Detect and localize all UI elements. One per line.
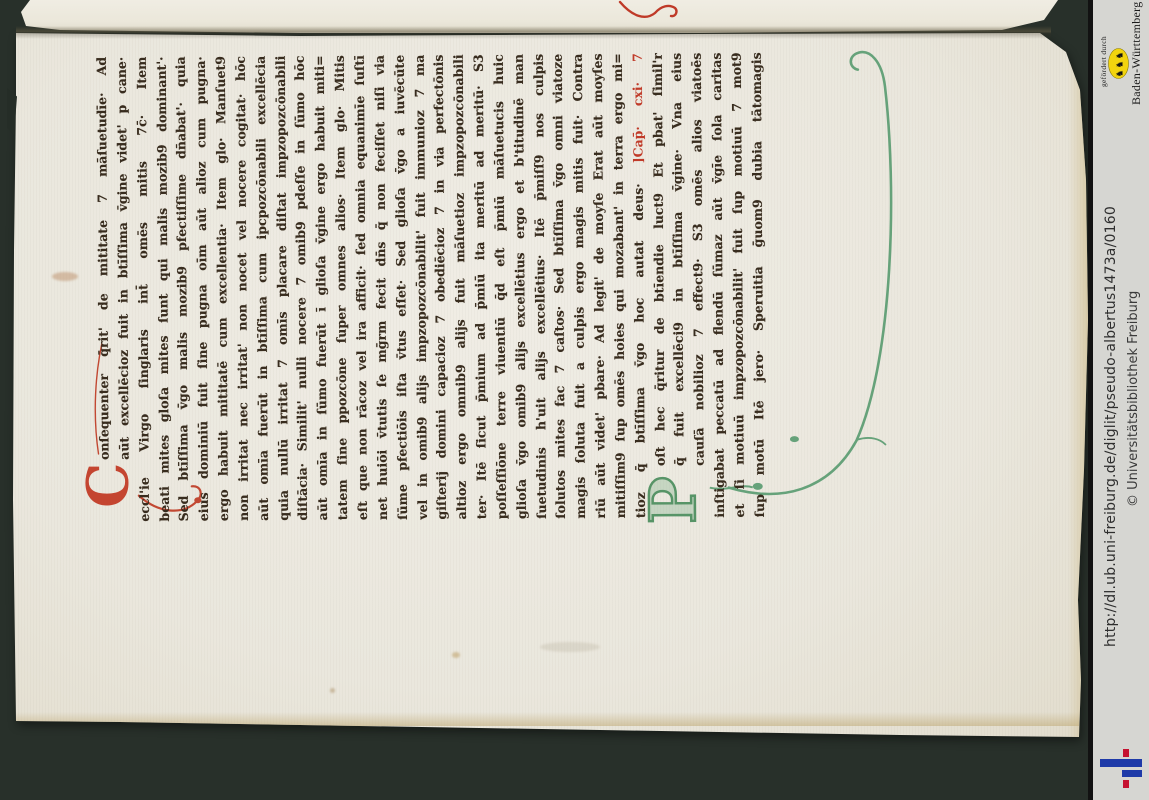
page-bottom-edge <box>16 712 1079 726</box>
manuscript-page: C P onſequenter q̄rit' de mititate 7 māſ… <box>0 0 1149 800</box>
persistent-url-label: http://dl.ub.uni-freiburg.de/diglit/pseu… <box>1103 206 1119 647</box>
copyright-label: © Universitätsbibliothek Freiburg <box>1126 291 1141 507</box>
page-wrapper: C P onſequenter q̄rit' de mititate 7 māſ… <box>0 0 1149 800</box>
manuscript-line: aūt excellēcioz fuit in btīſſima v̄gine … <box>112 57 135 522</box>
foxing-spot <box>330 688 335 693</box>
manuscript-line: ſūme pfectiōis iſta v̄tus eſſet· Sed gli… <box>389 55 412 520</box>
region-label: Baden-Württemberg <box>1129 1 1144 105</box>
funded-by-label: gefördert durch <box>1099 36 1108 87</box>
manuscript-text-block: C P onſequenter q̄rit' de mititate 7 māſ… <box>92 52 770 522</box>
manuscript-line: eccl'ie Virgo ſinglaris int̄ omēs mitis … <box>131 57 154 522</box>
viewer-canvas: C P onſequenter q̄rit' de mititate 7 māſ… <box>0 0 1149 800</box>
metadata-strip-content: http://dl.ub.uni-freiburg.de/diglit/pseu… <box>1093 0 1149 800</box>
logo-red-square <box>1123 749 1129 757</box>
svg-text:♞: ♞ <box>1116 51 1126 59</box>
logo-blue-bar <box>1122 770 1142 777</box>
svg-text:♞: ♞ <box>1116 60 1126 68</box>
foxing-spot <box>52 272 78 281</box>
manuscript-line: aūt omīa fuerūt in btīſſima cum ipcpozcō… <box>250 56 273 521</box>
manuscript-line: net huiōi v̄tutis ſe mḡrm fecit dn̄s q̄ … <box>370 55 393 520</box>
manuscript-line: tioz q̄ btīſſima v̄go hoc autat deus· ]C… <box>628 53 651 518</box>
ub-freiburg-logo-icon <box>1100 749 1144 791</box>
baden-wuerttemberg-lions-icon: ♞ ♞ ♞ <box>1108 48 1129 79</box>
manuscript-line: glioſa v̄go omib9 alijs excellētius ergo… <box>508 54 531 519</box>
page-right-edge <box>1068 48 1088 740</box>
page-fold-crease <box>16 26 1051 39</box>
show-through-smudge <box>540 642 600 652</box>
foxing-spot <box>452 652 460 658</box>
logo-blue-bar <box>1100 759 1142 767</box>
svg-text:♞: ♞ <box>1116 69 1126 77</box>
logo-red-square <box>1123 780 1129 788</box>
manuscript-lines: onſequenter q̄rit' de mititate 7 māſuetu… <box>92 52 770 522</box>
manuscript-line: ſup motū Itē jero· Speruitia ḡuom9 dubia… <box>747 52 770 517</box>
